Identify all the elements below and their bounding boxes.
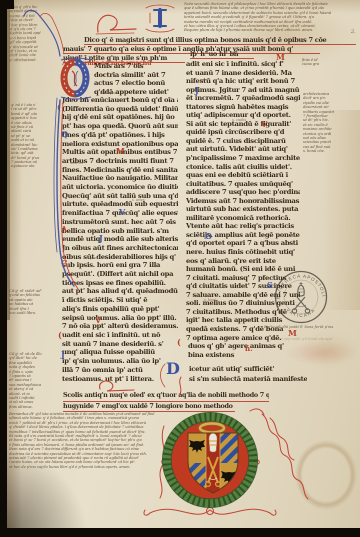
text-line: sub ipsis. horū eni gra 7 illa	[62, 261, 178, 270]
interlinear-gloss: s. opera	[122, 116, 136, 120]
versal-letter: Q	[61, 130, 68, 138]
text-line: bellica opatio sub militari. s'm	[62, 227, 178, 236]
text-line: igit' hec talia appetit ciuilis	[186, 316, 300, 325]
versal-letter: J	[61, 350, 65, 358]
text-line: sit uanū 7 inane desideriū. s'	[62, 340, 178, 349]
text-line: instrumētorū sunt. hec aūt 7 oīs	[62, 218, 178, 227]
gloss-line: equiuoce oīo.	[11, 164, 59, 168]
explicit-block: Scolis antiq'n nuq'e oled' ex q'tuor aq'…	[63, 391, 269, 412]
text-line: aut uirtutū. Videbit' aūt utiq'	[186, 145, 300, 154]
explicit-line: Scolis antiq'n nuq'e oled' ex q'tuor aq'…	[63, 391, 269, 402]
text-line: nere. huius finis cōtinebit utiq'	[186, 248, 300, 257]
text-line: addiscere 7 usq'quo hec p'ordinat.	[186, 188, 300, 197]
interlinear-gloss: nota	[252, 198, 260, 202]
text-line: uirtutū sub hac existentes. puta	[186, 205, 300, 214]
versal-letter: V	[261, 120, 267, 128]
text-line: Jn oībus aūt fines architectonicarū	[62, 244, 178, 253]
text-line: doctrīa similit' aūt 7	[94, 71, 178, 80]
text-line: Mnis ars 7 oīs	[94, 62, 178, 71]
text-line: p'ncipalissime 7 maxime archite	[186, 154, 300, 163]
text-line: 7 ciuitati. maiusq' 7 pfectius	[186, 274, 300, 283]
text-line: uadit eni sic ī infinitū. ut nō	[62, 331, 178, 340]
gloss-line: p' attributionē.	[9, 57, 59, 62]
text-line: tiōnes ipsas ee fines opabiliū.	[62, 279, 178, 288]
interlinear-gloss: id est finis	[100, 91, 118, 95]
versal-letter: M	[116, 147, 125, 155]
versal-letter: M	[288, 329, 297, 337]
versal-letter: C	[61, 259, 67, 267]
gloss-right-mid: architectonicadicit' ars p'ncipalis cui …	[303, 92, 359, 153]
text-line: hij q'dē eni sūt opatiōnes. hij ūo	[62, 113, 178, 122]
versal-letter: (	[177, 338, 181, 346]
text-line: pt' has opa quedā. Quorū aūt sunt	[62, 122, 178, 131]
interlinear-gloss: p'ma	[90, 256, 98, 260]
interlinear-gloss: s. artes	[132, 198, 145, 202]
gloss-left-lower: Cū'g' nl' sit de illoq'd dicit' hic defi…	[9, 352, 57, 409]
text-line: testioamus. ut pt' ī littera.	[62, 375, 178, 384]
incipit-line-3b: ip' h' uo hl' bñ	[190, 50, 254, 59]
gloss-left-upper: q' nō ē ī aīa s'ī re ut dt' ph'sbonū ē q…	[11, 103, 59, 169]
interlinear-gloss: gl'a	[112, 308, 118, 312]
binding-edge-left	[0, 0, 7, 537]
interlinear-gloss: s. bonū	[204, 298, 216, 302]
text-line: humanū bonū. (Si eni idē ē uni	[186, 265, 300, 274]
gloss-line: cuius gra	[302, 62, 358, 66]
interlinear-gloss: nota bñ	[70, 161, 83, 165]
text-line: psequūt'. (Differt aūt nichil opa	[62, 270, 178, 279]
text-line: q'd oportet opari 7 a q'bus absti	[186, 239, 300, 248]
text-line: Quecūq' aūt sūt taliū sub una q'dā	[62, 192, 178, 201]
left-column: Jdeo bñ enūciauert bonū q'd oīa appetūt.…	[62, 96, 178, 383]
text-line: ttatores signū habētes magis	[186, 103, 300, 112]
text-line: quidē ipsū circūscribere q'd	[186, 128, 300, 137]
text-line: Nauifactiue ūo nauigatio. Militaris	[62, 174, 178, 183]
text-line: 7 nō oīa ppt' alterū desideramus.	[62, 322, 178, 331]
text-line: aut pt' has aliud q'd. quēadmodū	[62, 287, 178, 296]
incipit-line: Dico q' ē magistri sunt q'd illius optim…	[84, 36, 356, 45]
text-line: quas eni ee debitū sciētiarū ī	[186, 171, 300, 180]
gloss-top-left: Nota q' ph's hicintendit de finehūano q'…	[9, 5, 59, 63]
text-line: et uanū 7 inane desideriū. Ma	[186, 69, 300, 78]
gloss-line: finis ultimus.	[9, 405, 57, 409]
text-line: Videmus aūt 7 honorabilissimas	[186, 197, 300, 206]
text-line: oībus sūt desiderabiliores hijs q'	[62, 253, 178, 262]
versal-letter: (	[57, 103, 61, 111]
text-line: seipsū uolumus. alia ūo ppt' illū.	[62, 314, 178, 323]
binding-edge-top-left	[0, 0, 14, 9]
text-line: fines q'dā pt' opatiōnes. ī hijs	[62, 131, 178, 140]
versal-letter: J	[99, 234, 103, 242]
versal-letter: J	[195, 86, 199, 94]
explicit-line: hugynide 7 emgl'ox ualdē 7 longiore bono…	[63, 402, 235, 413]
versal-letter: O	[205, 232, 212, 240]
text-line: illā 7 ūo omnia ip' actū	[62, 366, 178, 375]
versal-letter: S	[267, 281, 273, 289]
text-line: sciētijs. amplius aūt legē ponēte	[186, 231, 300, 240]
versal-letter: V	[95, 316, 101, 324]
gloss-line: Require plura de hijs ī p'hemio sancti t…	[184, 28, 358, 32]
text-line: fines. Medicinalis q'dē eni sanitas.	[62, 166, 178, 175]
text-line: ctonice. talis aūt ciuilis uidet'.	[186, 163, 300, 172]
page-edge-brown	[7, 0, 10, 320]
gloss-top-right: Nota secundū doctores q'd philosophus ī …	[184, 2, 358, 33]
versal-letter: (	[58, 331, 62, 339]
text-line: unq' aliqua fuisse opabiliū	[62, 348, 178, 357]
text-line: ip' q'sin uolumus. alia ūo ip'	[62, 357, 178, 366]
versal-letter: ñ.	[245, 345, 253, 353]
text-line: ēt incremētū. 7 quēadmodū sagi	[186, 94, 300, 103]
note-under-stamp: E p'te ail' dñi putāt il' bona ferūt p'm…	[264, 325, 356, 329]
text-line: si s'm subiectā materiā manifestet'.	[189, 375, 307, 385]
versal-letter: A	[61, 225, 67, 233]
text-line: militarē yconomicā rethoricā.	[186, 214, 300, 223]
gloss-bottom-left: Bernardus dt' q'd ista scientia moralis …	[9, 412, 161, 469]
text-line: aliq's finis opabiliū quē ppt'	[62, 305, 178, 314]
manuscript-page: Nota q' ph's hicintendit de finehūano q'…	[0, 0, 360, 537]
text-line: Jdeo bñ enūciauert bonū q'd oīa appetūt.	[62, 96, 178, 105]
folio-number: 2.	[351, 29, 356, 35]
gloss-line: hoc eodē libro.	[9, 311, 59, 315]
text-line: Vtente aūt hac reliq's practicis	[186, 222, 300, 231]
text-line: eos q' aliarū. q're erit iste	[186, 257, 300, 266]
text-line: optimus. Jgitur 7 ad uitā magnū	[186, 86, 300, 95]
text-line: icetur aūt utiq' sufficiēt'	[189, 365, 307, 375]
text-line: actus 7 electio bonū	[94, 79, 178, 88]
text-line: q'd ciuitatis uidet' 7 suscipere	[186, 282, 300, 291]
d-paragraph: icetur aūt utiq' sufficiēt'si s'm subiec…	[189, 365, 307, 384]
ghost-offset-text: uid not sup eodē q'd bonū oīa app'	[270, 337, 358, 341]
text-line: (Differentia ūo quedā uidet' finiū.	[62, 105, 178, 114]
versal-letter: M	[276, 53, 285, 61]
versal-letter: V	[119, 208, 125, 216]
text-line: aūt uictoria. yconomice ūo diuitie.	[62, 183, 178, 192]
gloss-line: s. bonū cōe.	[303, 149, 359, 153]
text-line: ciuitatibus. 7 quales unūquēq'	[186, 180, 300, 189]
interlinear-gloss: uanū	[200, 78, 209, 82]
text-line: 7 ciuitatibus. Methodus q'dē	[186, 308, 300, 317]
gloss-left-mid: Cū'g' nl' videt' ad'q'onē an felicitassi…	[9, 289, 59, 315]
illuminated-initial-d: D	[166, 361, 180, 377]
text-line: ī dictis sciētijs. Si utiq' ē	[62, 296, 178, 305]
interlinear-gloss: s. ciuilis	[232, 118, 246, 122]
binding-edge-bottom	[0, 528, 360, 537]
text-line: quidē ē. 7 cuius disciplinarū	[186, 137, 300, 146]
text-line: eundē utiq' modū alie sub alteris.	[62, 235, 178, 244]
gloss-line: et hec de p'mo cap'lo huius libri q'd ē …	[9, 465, 161, 469]
